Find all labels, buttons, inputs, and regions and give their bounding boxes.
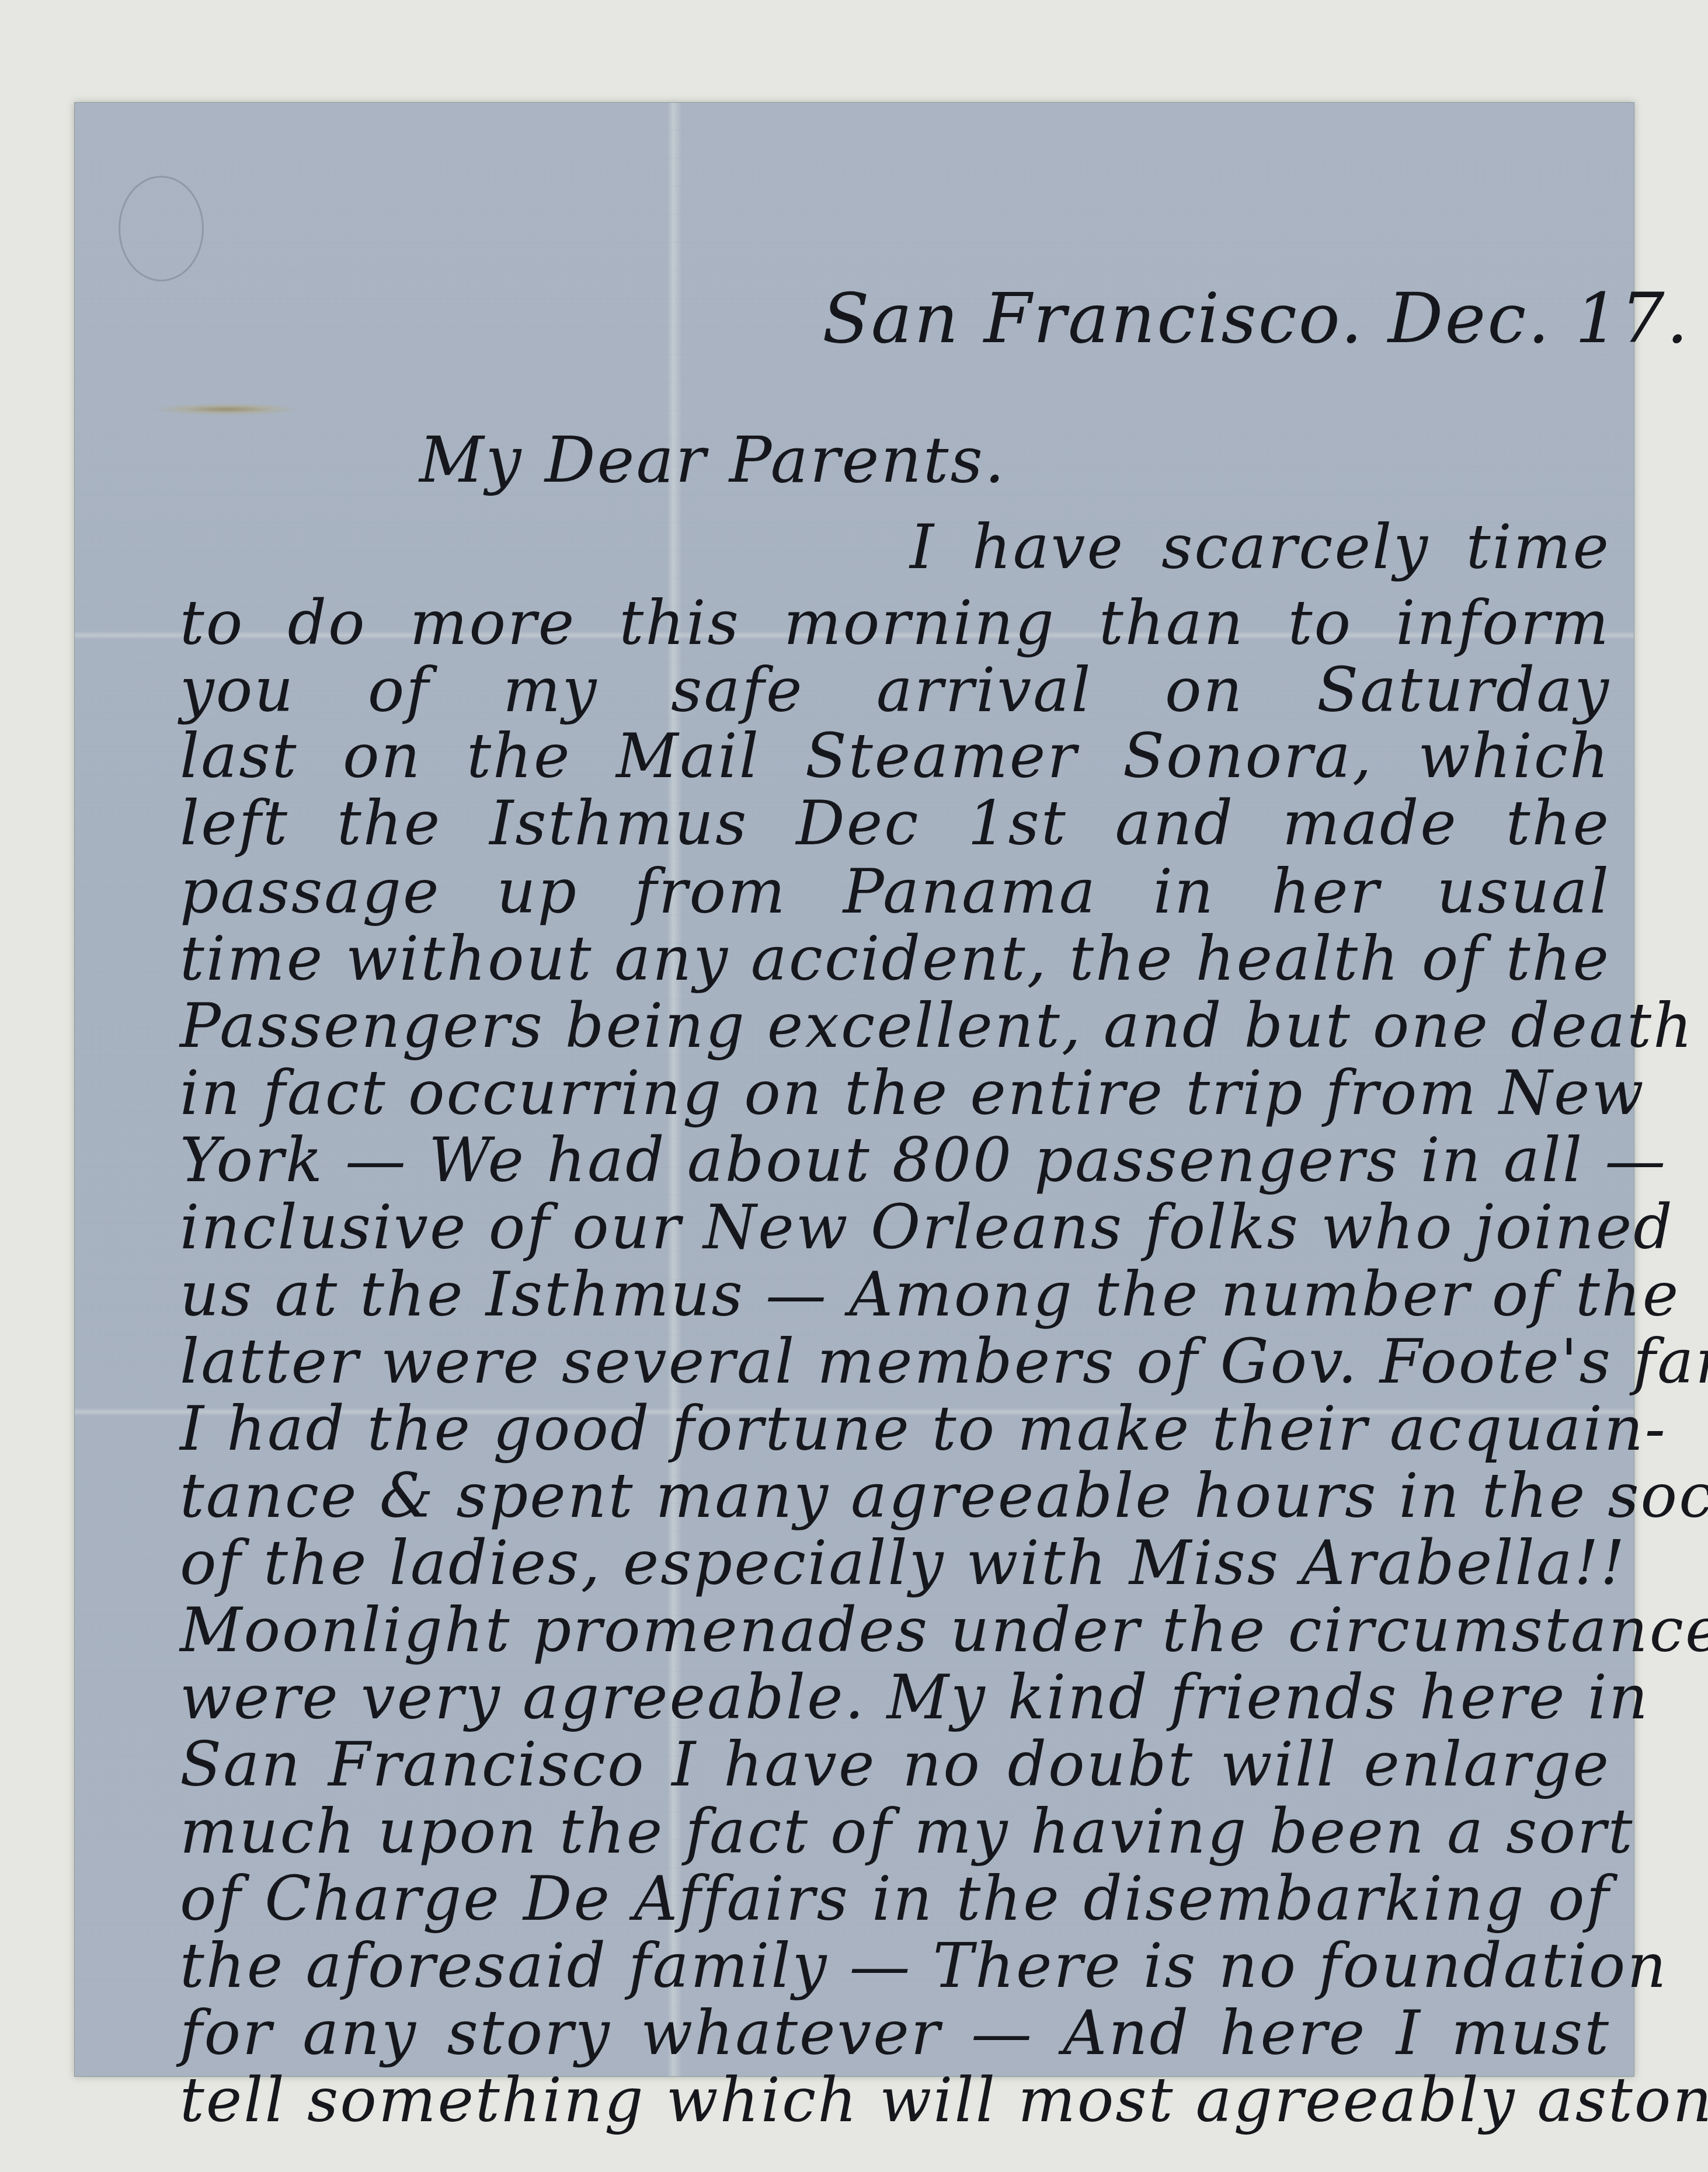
embossed-stationery-stamp: [119, 176, 204, 281]
letter-line: left the Isthmus Dec 1st and made the: [180, 788, 1610, 859]
letter-line: for any story whatever — And here I must: [180, 1997, 1610, 2069]
letter-page: San Francisco. Dec. 17. 1855 My Dear Par…: [74, 102, 1634, 2077]
letter-line: I had the good fortune to make their acq…: [180, 1393, 1610, 1464]
letter-line: you of my safe arrival on Saturday: [180, 655, 1610, 726]
letter-salutation: My Dear Parents.: [419, 424, 1006, 497]
letter-line: us at the Isthmus — Among the number of …: [180, 1259, 1610, 1330]
letter-line: of the ladies, especially with Miss Arab…: [180, 1527, 1610, 1599]
letter-line: were very agreeable. My kind friends her…: [180, 1662, 1610, 1733]
letter-line: much upon the fact of my having been a s…: [180, 1796, 1610, 1867]
letter-line: the aforesaid family — There is no found…: [180, 1930, 1610, 2002]
letter-line: passage up from Panama in her usual: [180, 856, 1610, 927]
letter-line: last on the Mail Steamer Sonora, which: [180, 720, 1610, 792]
letter-line: Moonlight promenades under the circumsta…: [180, 1595, 1610, 1666]
letter-dateline: San Francisco. Dec. 17. 1855: [822, 278, 1708, 358]
letter-line: Passengers being excellent, and but one …: [180, 990, 1610, 1061]
letter-line: York — We had about 800 passengers in al…: [180, 1125, 1610, 1196]
paper-stain: [156, 403, 297, 415]
letter-line: to do more this morning than to inform: [180, 587, 1610, 659]
letter-line: I have scarcely time: [910, 511, 1610, 583]
letter-line: tell something which will most agreeably…: [180, 2065, 1610, 2136]
letter-line: inclusive of our New Orleans folks who j…: [180, 1192, 1610, 1263]
letter-line: latter were several members of Gov. Foot…: [180, 1326, 1610, 1397]
letter-line: San Francisco I have no doubt will enlar…: [180, 1729, 1610, 1800]
letter-line: in fact occurring on the entire trip fro…: [180, 1057, 1610, 1129]
letter-line: of Charge De Affairs in the disembarking…: [180, 1863, 1610, 1934]
letter-line: time without any accident, the health of…: [180, 923, 1610, 994]
letter-line: tance & spent many agreeable hours in th…: [180, 1460, 1610, 1531]
